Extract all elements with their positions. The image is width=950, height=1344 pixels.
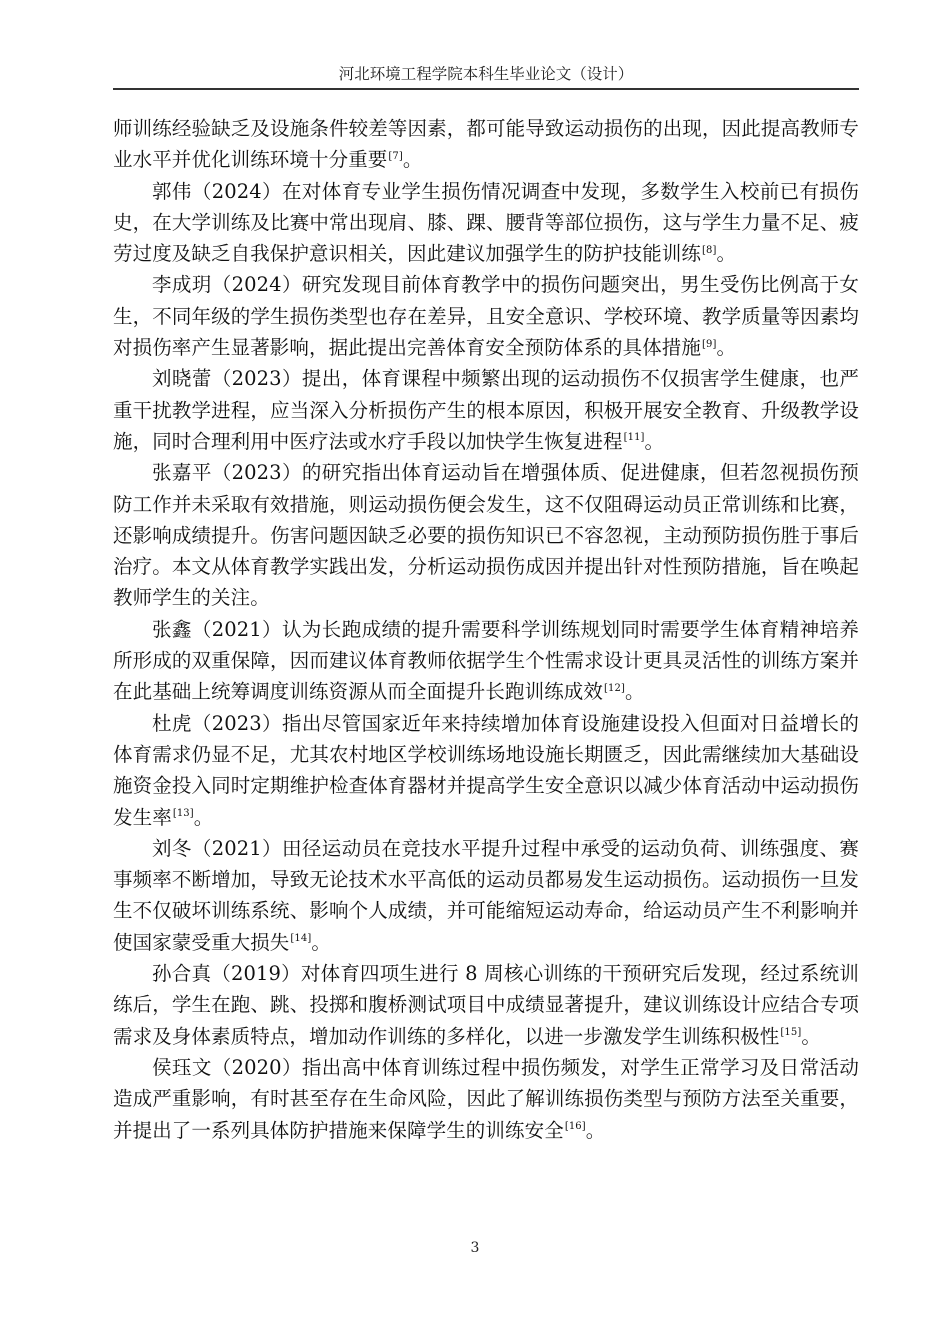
page-number: 3 — [0, 1240, 950, 1256]
paragraph-text: 侯珏文（2020）指出高中体育训练过程中损伤频发，对学生正常学习及日常活动造成严… — [113, 1056, 859, 1142]
paragraph: 刘冬（2021）田径运动员在竞技水平提升过程中承受的运动负荷、训练强度、赛事频率… — [113, 833, 859, 958]
paragraph-text: 杜虎（2023）指出尽管国家近年来持续增加体育设施建设投入但面对日益增长的体育需… — [113, 712, 859, 829]
paragraph-end: 。 — [625, 680, 645, 703]
paragraph-text: 刘冬（2021）田径运动员在竞技水平提升过程中承受的运动负荷、训练强度、赛事频率… — [113, 837, 859, 954]
paragraph: 侯珏文（2020）指出高中体育训练过程中损伤频发，对学生正常学习及日常活动造成严… — [113, 1052, 859, 1146]
paragraph-end: 。 — [645, 430, 665, 453]
citation-ref: [7] — [388, 151, 402, 162]
citation-ref: [15] — [780, 1027, 801, 1038]
paragraph-text: 张嘉平（2023）的研究指出体育运动旨在增强体质、促进健康，但若忽视损伤预防工作… — [113, 461, 859, 609]
paragraph: 李成玥（2024）研究发现目前体育教学中的损伤问题突出，男生受伤比例高于女生，不… — [113, 269, 859, 363]
header-divider — [113, 88, 859, 90]
paragraph-end: 。 — [311, 931, 331, 954]
paragraph-text: 李成玥（2024）研究发现目前体育教学中的损伤问题突出，男生受伤比例高于女生，不… — [113, 273, 859, 359]
paragraph: 杜虎（2023）指出尽管国家近年来持续增加体育设施建设投入但面对日益增长的体育需… — [113, 708, 859, 833]
paragraph-end: 。 — [586, 1119, 606, 1142]
paragraph-text: 刘晓蕾（2023）提出，体育课程中频繁出现的运动损伤不仅损害学生健康，也严重干扰… — [113, 367, 859, 453]
citation-ref: [14] — [290, 933, 311, 944]
paragraph: 张鑫（2021）认为长跑成绩的提升需要科学训练规划同时需要学生体育精神培养所形成… — [113, 614, 859, 708]
paragraph: 张嘉平（2023）的研究指出体育运动旨在增强体质、促进健康，但若忽视损伤预防工作… — [113, 457, 859, 613]
paragraph-end: 。 — [403, 148, 423, 171]
paragraph-text: 师训练经验缺乏及设施条件较差等因素，都可能导致运动损伤的出现，因此提高教师专业水… — [113, 117, 859, 171]
paragraph-text: 张鑫（2021）认为长跑成绩的提升需要科学训练规划同时需要学生体育精神培养所形成… — [113, 618, 859, 704]
paragraph-end: 。 — [801, 1025, 821, 1048]
citation-ref: [9] — [702, 339, 716, 350]
document-body: 师训练经验缺乏及设施条件较差等因素，都可能导致运动损伤的出现，因此提高教师专业水… — [113, 113, 859, 1146]
paragraph: 刘晓蕾（2023）提出，体育课程中频繁出现的运动损伤不仅损害学生健康，也严重干扰… — [113, 363, 859, 457]
citation-ref: [16] — [565, 1121, 586, 1132]
paragraph: 孙合真（2019）对体育四项生进行 8 周核心训练的干预研究后发现，经过系统训练… — [113, 958, 859, 1052]
citation-ref: [11] — [624, 432, 645, 443]
paragraph-end: 。 — [716, 336, 736, 359]
paragraph-end: 。 — [716, 242, 736, 265]
document-page: 河北环境工程学院本科生毕业论文（设计） 师训练经验缺乏及设施条件较差等因素，都可… — [0, 0, 950, 1344]
paragraph-end: 。 — [194, 806, 214, 829]
paragraph-text: 孙合真（2019）对体育四项生进行 8 周核心训练的干预研究后发现，经过系统训练… — [113, 962, 859, 1048]
paragraph: 师训练经验缺乏及设施条件较差等因素，都可能导致运动损伤的出现，因此提高教师专业水… — [113, 113, 859, 176]
citation-ref: [12] — [604, 683, 625, 694]
citation-ref: [8] — [702, 245, 716, 256]
page-header-title: 河北环境工程学院本科生毕业论文（设计） — [113, 64, 859, 84]
citation-ref: [13] — [173, 808, 194, 819]
paragraph-text: 郭伟（2024）在对体育专业学生损伤情况调查中发现，多数学生入校前已有损伤史，在… — [113, 180, 859, 266]
paragraph: 郭伟（2024）在对体育专业学生损伤情况调查中发现，多数学生入校前已有损伤史，在… — [113, 176, 859, 270]
